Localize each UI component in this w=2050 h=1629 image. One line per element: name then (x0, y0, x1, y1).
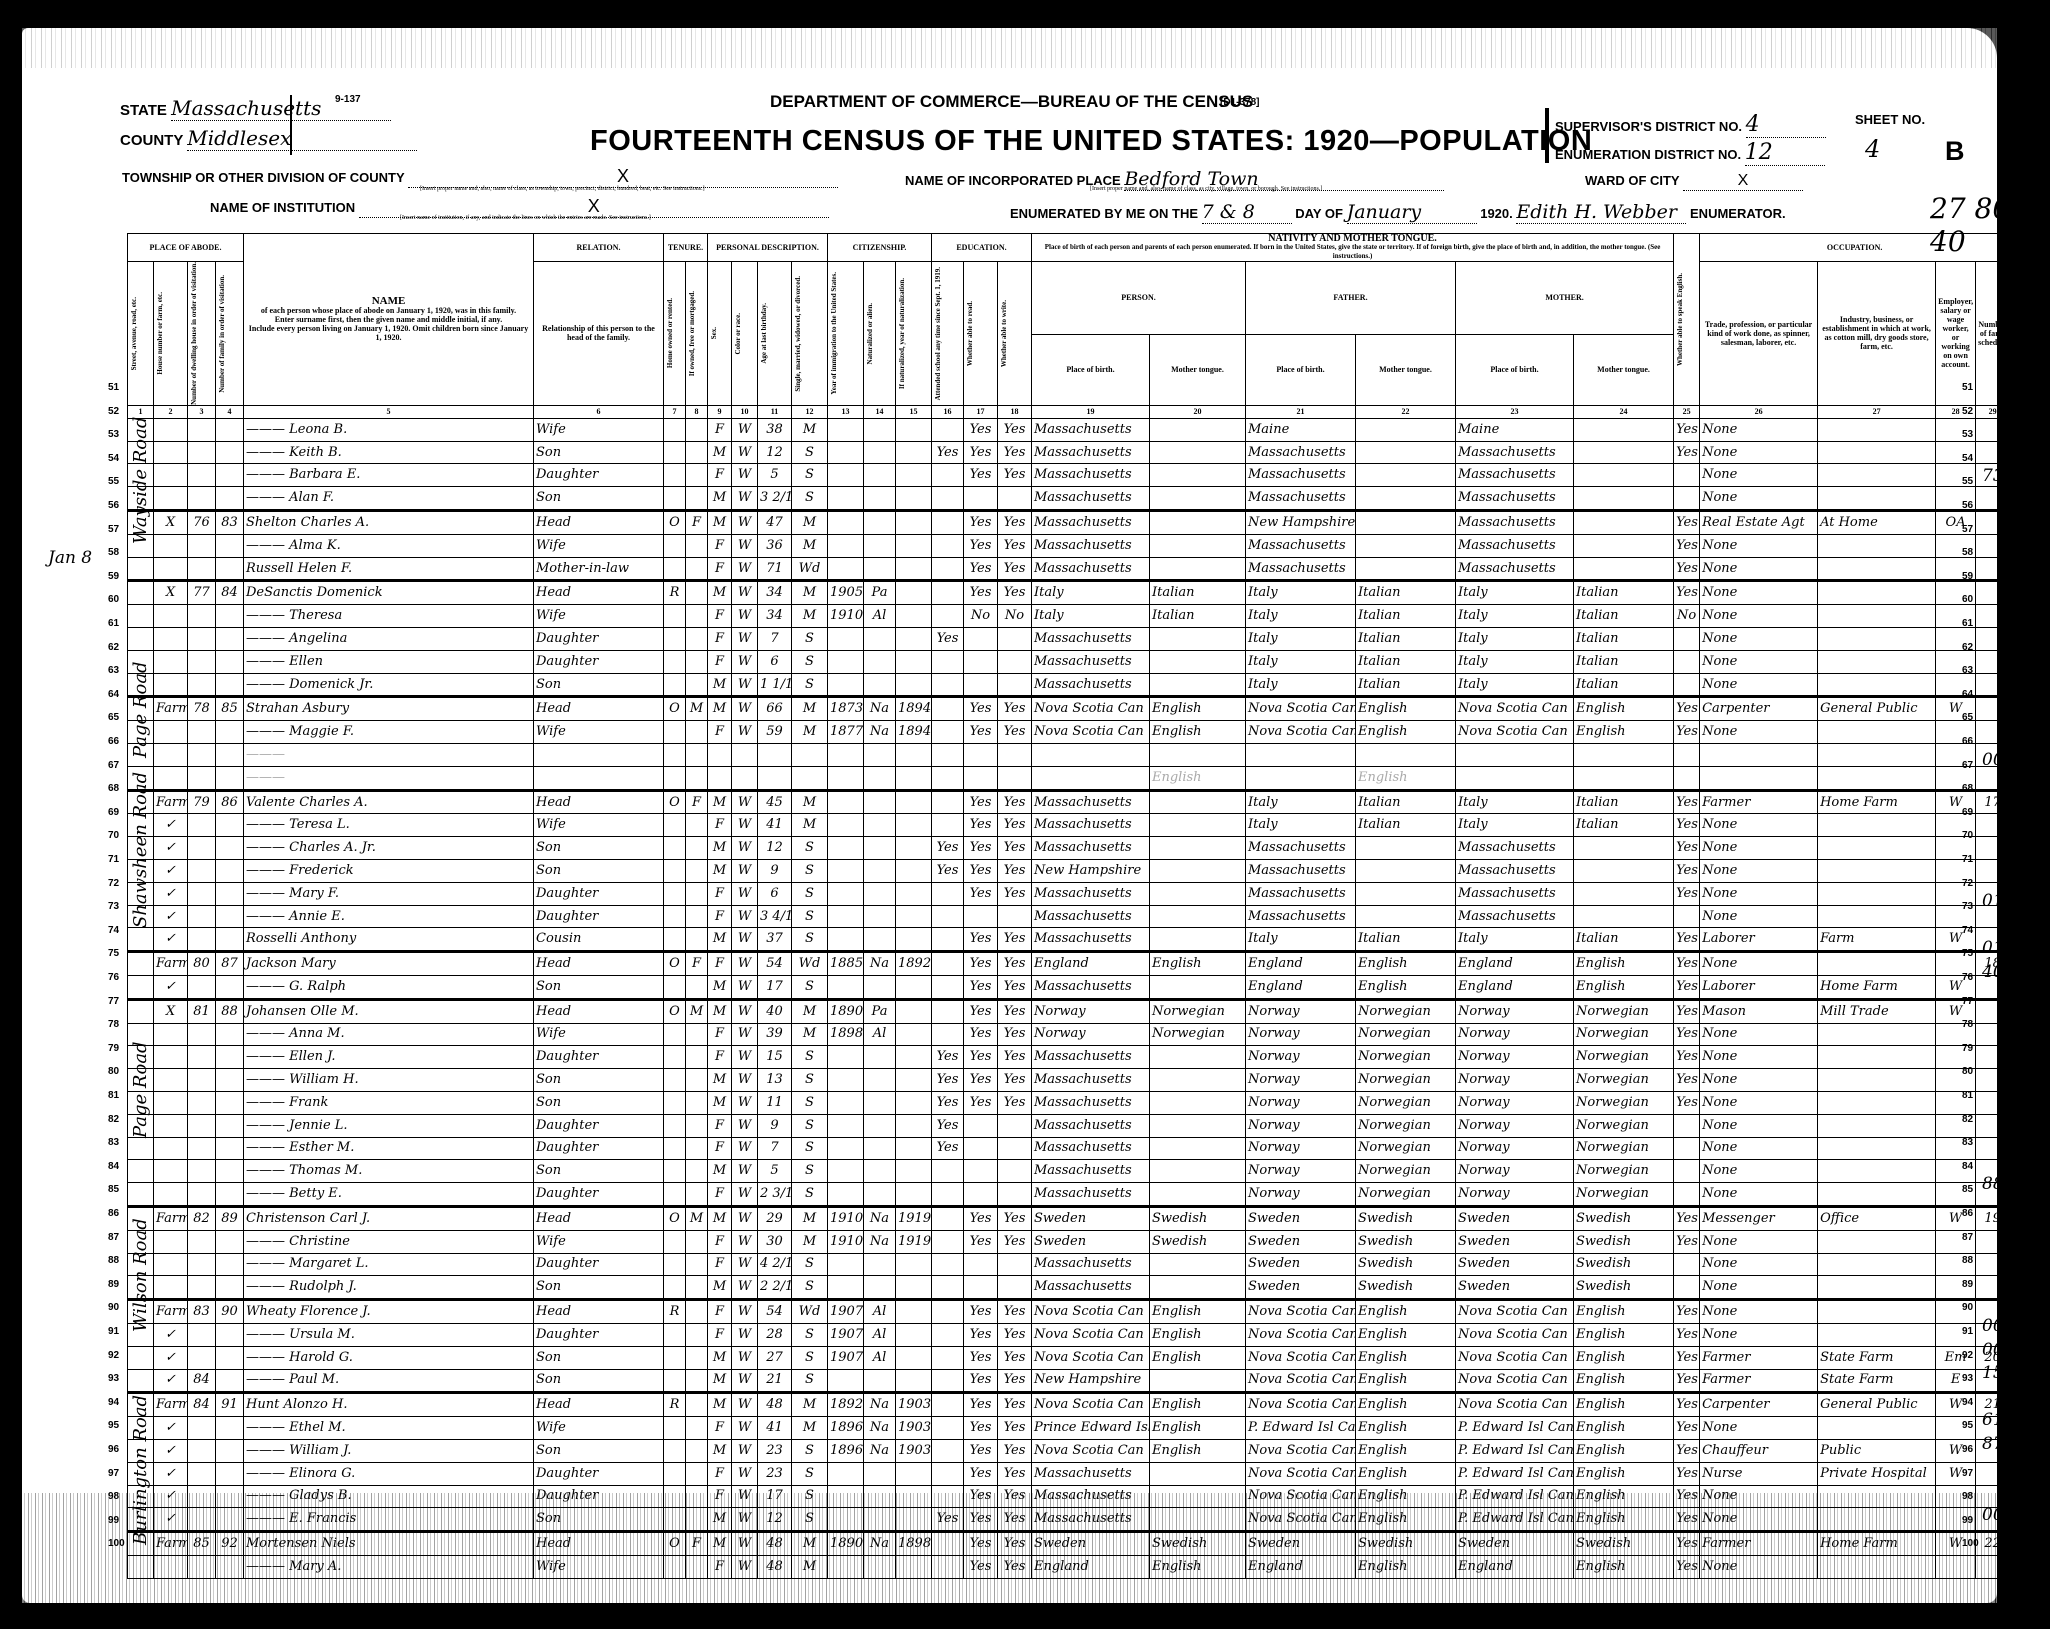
cell-marital: M (792, 1417, 828, 1440)
cell-marital: S (792, 976, 828, 1000)
cell-relation: Mother-in-law (534, 557, 664, 581)
cell-trade: Farmer (1700, 790, 1818, 814)
cell-house: ✓ (154, 1369, 188, 1393)
cell-house (154, 441, 188, 464)
cell-pob: Massachusetts (1032, 976, 1150, 1000)
cell-mtongue: Swedish (1574, 1532, 1674, 1556)
cell-fpob: Norway (1246, 1183, 1356, 1207)
cell-dwelling: 79 (188, 790, 216, 814)
cell-mort (686, 1346, 708, 1369)
line-number: 96 (108, 1444, 119, 1455)
column-number: 25 (1674, 405, 1700, 418)
cell-family: 86 (216, 790, 244, 814)
cell-family (216, 721, 244, 744)
cell-marital: S (792, 1485, 828, 1508)
cell-own (664, 1183, 686, 1207)
line-number: 64 (1962, 689, 1973, 700)
cell-write: Yes (998, 1323, 1032, 1346)
cell-mtongue (1574, 487, 1674, 511)
cell-read (964, 766, 998, 790)
line-number: 82 (108, 1114, 119, 1125)
cell-sex: F (708, 1137, 732, 1160)
cell-nat (864, 928, 896, 952)
column-number: 18 (998, 405, 1032, 418)
cell-school (932, 1300, 964, 1324)
ed-value: 12 (1745, 140, 1825, 166)
cell-family (216, 650, 244, 673)
cell-family (216, 744, 244, 767)
cell-tongue (1150, 487, 1246, 511)
cell-name: ——— (244, 744, 534, 767)
cell-mpob: Italy (1456, 581, 1574, 605)
cell-own (664, 837, 686, 860)
cell-ftongue: English (1356, 1485, 1456, 1508)
census-row: ——— Rudolph J.SonMW2 2/12SMassachusettsS… (128, 1276, 2010, 1300)
cell-ftongue: English (1356, 1369, 1456, 1393)
cell-nat (864, 1369, 896, 1393)
cell-ftongue (1356, 534, 1456, 557)
cell-mtongue: Norwegian (1574, 1023, 1674, 1046)
cell-mtongue: Norwegian (1574, 1069, 1674, 1092)
cell-age: 66 (758, 697, 792, 721)
cell-ftongue: Swedish (1356, 1230, 1456, 1253)
cell-pob: Massachusetts (1032, 814, 1150, 837)
cell-age (758, 766, 792, 790)
cell-ftongue (1356, 511, 1456, 535)
cell-name: ——— Anna M. (244, 1023, 534, 1046)
cell-mtongue (1574, 511, 1674, 535)
cell-nat (864, 860, 896, 883)
cell-farm (1976, 1555, 2010, 1578)
cell-pob: Massachusetts (1032, 673, 1150, 697)
cell-sex: F (708, 1300, 732, 1324)
cell-mort (686, 1393, 708, 1417)
cell-read (964, 744, 998, 767)
cell-sex: M (708, 1439, 732, 1462)
col-farm-schedule: Number of farm schedule. (1976, 262, 2010, 406)
cell-relation: Head (534, 511, 664, 535)
cell-house (154, 1555, 188, 1578)
cell-write: Yes (998, 1508, 1032, 1532)
cell-dwelling (188, 534, 216, 557)
cell-immig (828, 928, 864, 952)
cell-pob: Italy (1032, 581, 1150, 605)
cell-trade: Laborer (1700, 976, 1818, 1000)
cell-read: Yes (964, 581, 998, 605)
cell-read: Yes (964, 952, 998, 976)
cell-mtongue (1574, 464, 1674, 487)
cell-immig (828, 1555, 864, 1578)
cell-mpob: Maine (1456, 418, 1574, 441)
cell-pob: Massachusetts (1032, 1253, 1150, 1276)
cell-tongue (1150, 1160, 1246, 1183)
cell-ftongue (1356, 882, 1456, 905)
cell-house (154, 721, 188, 744)
cell-mpob: Norway (1456, 1183, 1574, 1207)
line-number: 52 (1962, 406, 1973, 417)
cell-dwelling (188, 1137, 216, 1160)
cell-nat (864, 882, 896, 905)
cell-race: W (732, 952, 758, 976)
cell-relation: Cousin (534, 928, 664, 952)
cell-house: ✓ (154, 1346, 188, 1369)
cell-marital: M (792, 697, 828, 721)
cell-write: Yes (998, 952, 1032, 976)
cell-age: 48 (758, 1532, 792, 1556)
cell-write: Yes (998, 1485, 1032, 1508)
col-relation: Relationship of this person to the head … (534, 262, 664, 406)
cell-farm (1976, 1137, 2010, 1160)
cell-family: 87 (216, 952, 244, 976)
cell-industry (1818, 721, 1936, 744)
cell-tongue: English (1150, 1555, 1246, 1578)
cell-own (664, 650, 686, 673)
cell-mtongue (1574, 766, 1674, 790)
census-row: ——— Esther M.DaughterFW7SYesMassachusett… (128, 1137, 2010, 1160)
cell-relation: Head (534, 952, 664, 976)
cell-sex: F (708, 1417, 732, 1440)
cell-read: Yes (964, 814, 998, 837)
cell-school (932, 605, 964, 628)
line-number: 88 (1962, 1255, 1973, 1266)
cell-natyr: 1894 (896, 721, 932, 744)
cell-immig (828, 441, 864, 464)
cell-mpob: Sweden (1456, 1276, 1574, 1300)
cell-family (216, 1137, 244, 1160)
cell-farm (1976, 581, 2010, 605)
cell-own (664, 1323, 686, 1346)
cell-nat: Na (864, 1206, 896, 1230)
cell-mpob: P. Edward Isl Can (1456, 1417, 1574, 1440)
cell-natyr (896, 814, 932, 837)
cell-fpob: Massachusetts (1246, 905, 1356, 928)
cell-family (216, 1323, 244, 1346)
cell-family (216, 673, 244, 697)
cell-school (932, 1160, 964, 1183)
cell-dwelling: 76 (188, 511, 216, 535)
cell-sex: F (708, 1183, 732, 1207)
cell-street (128, 605, 154, 628)
cell-nat (864, 1091, 896, 1114)
cell-mort: M (686, 1206, 708, 1230)
cell-mpob: Massachusetts (1456, 441, 1574, 464)
cell-tongue: Italian (1150, 581, 1246, 605)
cell-sex: F (708, 1046, 732, 1069)
cell-family (216, 1462, 244, 1485)
cell-sex: F (708, 1253, 732, 1276)
cell-mpob: Massachusetts (1456, 487, 1574, 511)
cell-sex: M (708, 1206, 732, 1230)
cell-race: W (732, 1393, 758, 1417)
cell-relation: Wife (534, 1230, 664, 1253)
cell-sex (708, 744, 732, 767)
cell-age: 23 (758, 1462, 792, 1485)
column-number: 11 (758, 405, 792, 418)
cell-name: ——— Alan F. (244, 487, 534, 511)
cell-name: Jackson Mary (244, 952, 534, 976)
cell-sex: M (708, 581, 732, 605)
cell-mtongue (1574, 557, 1674, 581)
cell-marital: M (792, 605, 828, 628)
cell-write: Yes (998, 721, 1032, 744)
cell-industry (1818, 1023, 1936, 1046)
cell-sex: M (708, 837, 732, 860)
cell-read: Yes (964, 1555, 998, 1578)
cell-write: Yes (998, 557, 1032, 581)
cell-house (154, 557, 188, 581)
cell-school (932, 999, 964, 1023)
cell-marital: S (792, 1508, 828, 1532)
district-bracket (1545, 108, 1549, 163)
cell-mort (686, 487, 708, 511)
cell-own (664, 1069, 686, 1092)
column-number: 8 (686, 405, 708, 418)
line-number: 97 (1962, 1468, 1973, 1479)
line-number: 65 (108, 712, 119, 723)
cell-race: W (732, 976, 758, 1000)
cell-name: ——— Charles A. Jr. (244, 837, 534, 860)
cell-read (964, 673, 998, 697)
cell-own (664, 1253, 686, 1276)
cell-read: Yes (964, 1439, 998, 1462)
cell-natyr (896, 1114, 932, 1137)
line-number: 95 (1962, 1420, 1973, 1431)
cell-relation: Daughter (534, 1253, 664, 1276)
cell-english (1674, 1137, 1700, 1160)
cell-industry: State Farm (1818, 1369, 1936, 1393)
census-row: ✓——— FrederickSonMW9SYesYesYesNew Hampsh… (128, 860, 2010, 883)
county-value: Middlesex (187, 126, 417, 151)
cell-ftongue: Norwegian (1356, 1183, 1456, 1207)
cell-tongue (1150, 814, 1246, 837)
cell-trade (1700, 744, 1818, 767)
cell-relation: Son (534, 673, 664, 697)
cell-name: ——— Theresa (244, 605, 534, 628)
cell-ftongue: Italian (1356, 628, 1456, 651)
cell-marital: S (792, 1069, 828, 1092)
cell-fpob: Italy (1246, 650, 1356, 673)
cell-marital: M (792, 1023, 828, 1046)
cell-ftongue: Italian (1356, 650, 1456, 673)
cell-mtongue: English (1574, 1300, 1674, 1324)
cell-school (932, 744, 964, 767)
cell-nat: Na (864, 1417, 896, 1440)
cell-tongue (1150, 511, 1246, 535)
cell-mtongue: Swedish (1574, 1206, 1674, 1230)
cell-school (932, 814, 964, 837)
cell-sex: M (708, 511, 732, 535)
line-number: 62 (108, 642, 119, 653)
cell-family (216, 1417, 244, 1440)
line-number: 63 (1962, 665, 1973, 676)
cell-read (964, 905, 998, 928)
cell-race: W (732, 1462, 758, 1485)
margin-code: 006 (1982, 1340, 2014, 1360)
cell-house (154, 1046, 188, 1069)
cell-mort (686, 441, 708, 464)
cell-natyr: 1919 (896, 1206, 932, 1230)
cell-name: ——— William J. (244, 1439, 534, 1462)
column-number: 19 (1032, 405, 1150, 418)
margin-code: 006 (1982, 1316, 2014, 1336)
cell-marital: M (792, 721, 828, 744)
line-number: 66 (1962, 736, 1973, 747)
cell-ftongue: English (1356, 1555, 1456, 1578)
cell-name: ——— William H. (244, 1069, 534, 1092)
cell-write: Yes (998, 1069, 1032, 1092)
cell-sex: M (708, 697, 732, 721)
line-number: 56 (108, 500, 119, 511)
cell-school (932, 1206, 964, 1230)
line-number: 70 (1962, 830, 1973, 841)
cell-name: Christenson Carl J. (244, 1206, 534, 1230)
cell-nat: Na (864, 1230, 896, 1253)
cell-own (664, 673, 686, 697)
column-number: 2 (154, 405, 188, 418)
cell-sex: F (708, 464, 732, 487)
cell-mort (686, 1462, 708, 1485)
cell-trade: None (1700, 721, 1818, 744)
cell-mtongue: Norwegian (1574, 1046, 1674, 1069)
cell-house (154, 744, 188, 767)
scan-noise-top (22, 28, 1997, 68)
cell-relation: Son (534, 1439, 664, 1462)
cell-read: Yes (964, 860, 998, 883)
census-row: ——— Ellen J.DaughterFW15SYesYesYesMassac… (128, 1046, 2010, 1069)
cell-house: ✓ (154, 1508, 188, 1532)
cell-race: W (732, 1160, 758, 1183)
cell-age: 15 (758, 1046, 792, 1069)
cell-tongue (1150, 790, 1246, 814)
line-number: 94 (1962, 1397, 1973, 1408)
cell-mtongue (1574, 744, 1674, 767)
cell-natyr: 1898 (896, 1532, 932, 1556)
cell-school (932, 1369, 964, 1393)
cell-mpob: Sweden (1456, 1206, 1574, 1230)
cell-english: Yes (1674, 1369, 1700, 1393)
cell-school (932, 928, 964, 952)
cell-industry (1818, 1555, 1936, 1578)
census-row: ✓——— Ethel M.WifeFW41M1896Na1903YesYesPr… (128, 1417, 2010, 1440)
cell-write (998, 766, 1032, 790)
cell-tongue: English (1150, 721, 1246, 744)
cell-industry: Home Farm (1818, 790, 1936, 814)
cell-house (154, 1137, 188, 1160)
column-number: 16 (932, 405, 964, 418)
cell-industry (1818, 1253, 1936, 1276)
county-field: COUNTY Middlesex (120, 126, 417, 151)
cell-farm (1976, 673, 2010, 697)
cell-write: Yes (998, 1300, 1032, 1324)
cell-mpob: P. Edward Isl Can (1456, 1439, 1574, 1462)
cell-nat (864, 905, 896, 928)
cell-mpob: Sweden (1456, 1532, 1574, 1556)
cell-pob: Nova Scotia Can (1032, 1346, 1150, 1369)
cell-nat (864, 650, 896, 673)
cell-immig (828, 766, 864, 790)
cell-tongue (1150, 1046, 1246, 1069)
cell-ftongue (1356, 905, 1456, 928)
cell-mort: M (686, 697, 708, 721)
cell-own (664, 744, 686, 767)
cell-read: Yes (964, 790, 998, 814)
cell-sex: F (708, 650, 732, 673)
cell-own (664, 814, 686, 837)
cell-own: O (664, 790, 686, 814)
cell-mort (686, 721, 708, 744)
line-number: 59 (108, 571, 119, 582)
census-row: Farm8390Wheaty Florence J.HeadRFW54Wd190… (128, 1300, 2010, 1324)
cell-marital: S (792, 905, 828, 928)
cell-pob: Massachusetts (1032, 1508, 1150, 1532)
cell-farm (1976, 999, 2010, 1023)
cell-natyr (896, 928, 932, 952)
cell-relation: Son (534, 1276, 664, 1300)
cell-name: Rosselli Anthony (244, 928, 534, 952)
cell-age: 45 (758, 790, 792, 814)
cell-natyr (896, 882, 932, 905)
cell-english: Yes (1674, 1346, 1700, 1369)
cell-dwelling (188, 1091, 216, 1114)
cell-pob: Massachusetts (1032, 487, 1150, 511)
cell-fpob: Sweden (1246, 1532, 1356, 1556)
cell-dwelling (188, 837, 216, 860)
cell-house: ✓ (154, 928, 188, 952)
cell-ftongue (1356, 441, 1456, 464)
line-number: 96 (1962, 1444, 1973, 1455)
cell-trade: Farmer (1700, 1532, 1818, 1556)
cell-write: Yes (998, 928, 1032, 952)
cell-marital: M (792, 1230, 828, 1253)
cell-immig: 1910 (828, 1230, 864, 1253)
line-number: 62 (1962, 642, 1973, 653)
cell-school (932, 464, 964, 487)
cell-age: 36 (758, 534, 792, 557)
cell-industry (1818, 1160, 1936, 1183)
census-row: ———EnglishEnglish (128, 766, 2010, 790)
cell-ftongue: Italian (1356, 605, 1456, 628)
cell-mtongue: English (1574, 1369, 1674, 1393)
cell-mpob: Nova Scotia Can (1456, 1323, 1574, 1346)
cell-age: 17 (758, 976, 792, 1000)
cell-natyr (896, 976, 932, 1000)
cell-mort (686, 464, 708, 487)
cell-marital: M (792, 1532, 828, 1556)
cell-mpob: Italy (1456, 928, 1574, 952)
cell-sex: M (708, 1369, 732, 1393)
cell-relation: Daughter (534, 650, 664, 673)
cell-mpob: Sweden (1456, 1230, 1574, 1253)
cell-pob: England (1032, 1555, 1150, 1578)
cell-name: Shelton Charles A. (244, 511, 534, 535)
census-row: ✓——— Mary F.DaughterFW6SYesYesMassachuse… (128, 882, 2010, 905)
cell-dwelling (188, 1439, 216, 1462)
census-row: ——— Betty E.DaughterFW2 3/12SMassachuset… (128, 1183, 2010, 1207)
cell-trade: None (1700, 1046, 1818, 1069)
cell-family (216, 814, 244, 837)
cell-english: Yes (1674, 837, 1700, 860)
cell-farm (1976, 1276, 2010, 1300)
col-marital: Single, married, widowed, or divorced. (792, 262, 828, 406)
cell-pob: New Hampshire (1032, 1369, 1150, 1393)
cell-trade: None (1700, 860, 1818, 883)
cell-family (216, 766, 244, 790)
cell-own (664, 882, 686, 905)
cell-race: W (732, 697, 758, 721)
cell-ftongue (1356, 860, 1456, 883)
cell-immig: 1892 (828, 1393, 864, 1417)
cell-marital: S (792, 1114, 828, 1137)
